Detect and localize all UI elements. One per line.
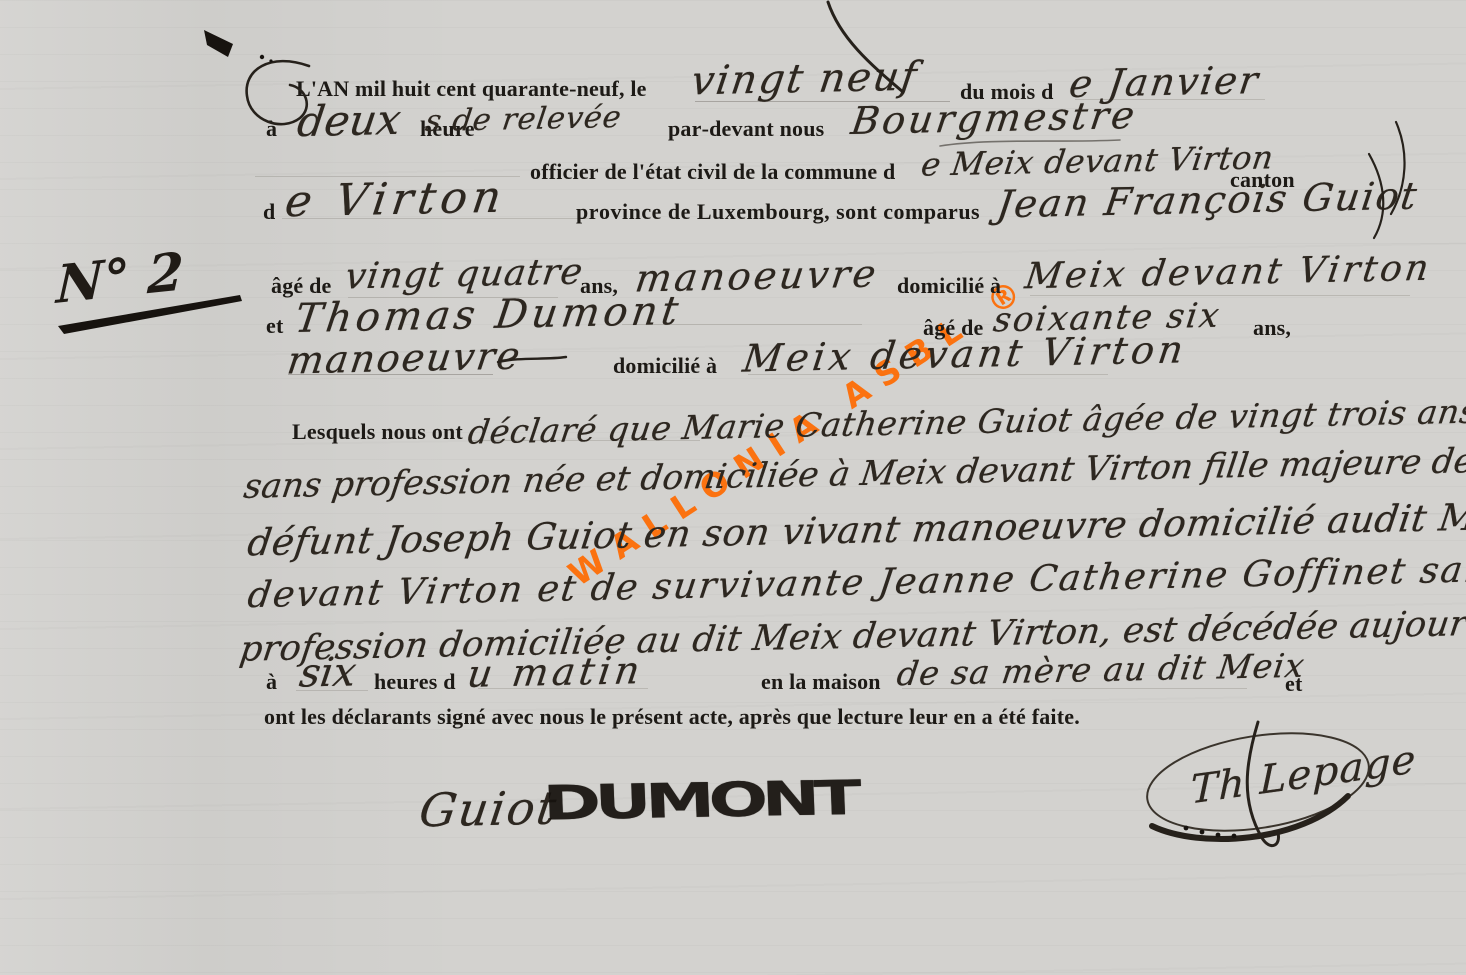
- written-declarant2-profession: manoeuvre: [285, 334, 525, 383]
- written-heure-suffix: s de relevée: [423, 100, 624, 139]
- signature-guiot: Guiot: [416, 781, 561, 838]
- written-declaration-line1: déclaré que Marie Catherine Guiot âgée d…: [466, 391, 1466, 451]
- printed-en-la-maison: en la maison: [761, 669, 881, 695]
- scanned-civil-record-page: WALLONIA ASBL ® N° 2 L'AN mil huit cent …: [0, 0, 1466, 975]
- printed-domicile-label: domicilié à: [897, 273, 1001, 299]
- printed-a: à: [266, 116, 277, 142]
- printed-et: et: [266, 313, 284, 339]
- signature-lepage: Th Lepage: [1190, 737, 1417, 814]
- written-declarant2-domicile: Meix devant Virton: [740, 327, 1190, 380]
- printed-ans-2: ans,: [1253, 315, 1291, 341]
- written-declarant1-name: Jean François Guiot: [994, 174, 1421, 227]
- written-canton-name: e Virton: [282, 172, 509, 228]
- printed-province-clause: province de Luxembourg, sont comparus: [576, 199, 980, 225]
- printed-et-2: et: [1285, 671, 1303, 697]
- printed-a-2: à: [266, 669, 277, 695]
- written-death-time: u matin: [465, 648, 647, 696]
- written-day: vingt neuf: [688, 54, 921, 105]
- printed-heures-d: heures d: [374, 669, 456, 695]
- printed-d: d: [263, 199, 275, 225]
- printed-lesquels: Lesquels nous ont: [292, 419, 463, 445]
- written-officer-title: Bourgmestre: [849, 93, 1141, 143]
- printed-commune-clause: officier de l'état civil de la commune d: [530, 159, 895, 185]
- written-declaration-line2: sans profession née et domiciliée à Meix…: [241, 441, 1466, 507]
- printed-pardevant: par-devant nous: [668, 116, 824, 142]
- written-death-place: de sa mère au dit Meix: [895, 646, 1308, 693]
- printed-domicile-label-2: domicilié à: [613, 353, 717, 379]
- written-hour-count: deux: [294, 95, 404, 146]
- written-death-hour: six: [297, 649, 359, 696]
- printed-closing-line: ont les déclarants signé avec nous le pr…: [264, 704, 1080, 730]
- signature-dumont: Dumont: [542, 770, 856, 831]
- margin-act-number: N° 2: [55, 241, 184, 316]
- written-declarant1-domicile: Meix devant Virton: [1023, 248, 1435, 297]
